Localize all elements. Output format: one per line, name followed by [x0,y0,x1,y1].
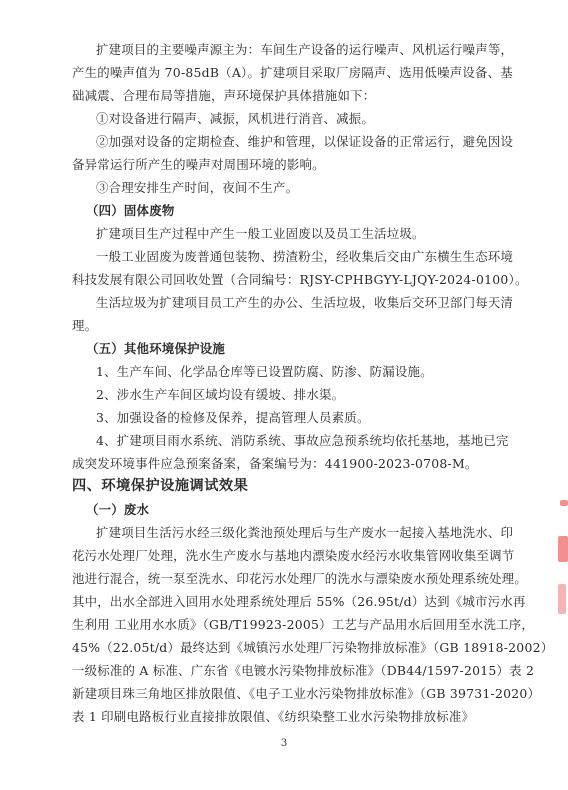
subsection-heading: （一）废水 [86,502,438,518]
paragraph-line: 产生的噪声值为 70-85dB（A）。扩建项目采取厂房隔声、选用低噪声设备、基 [72,65,424,81]
partial-red-seal-stamp [558,500,568,620]
paragraph-line: 花污水处理厂处理，洗水生产废水与基地内漂染废水经污水收集管网收集至调节 [72,548,424,564]
paragraph-line: 一级标准的 A 标准、广东省《电镀水污染物排放标准》（DB44/1597-201… [72,663,424,679]
paragraph-line: 2、涉水生产车间区域均设有缓坡、排水渠。 [96,387,448,403]
paragraph-line: 生利用 工业用水水质》（GB/T19923-2005）工艺与产品用水后回用至水洗… [72,617,424,633]
paragraph-line: 础减震、合理布局等措施，声环境保护具体措施如下： [72,88,424,104]
paragraph-line: 4、扩建项目雨水系统、消防系统、事故应急预系统均依托基地，基地已完 [96,433,448,449]
paragraph-line: 科技发展有限公司回收处置（合同编号：RJSY-CPHBGYY-LJQY-2024… [72,272,424,288]
section-heading: 四、环境保护设施调试效果 [72,478,424,494]
paragraph-line: 表 1 印刷电路板行业直接排放限值、《纺织染整工业水污染物排放标准》 [72,709,424,725]
paragraph-line: 新建项目珠三角地区排放限值、《电子工业水污染物排放标准》（GB 39731-20… [72,686,424,702]
paragraph-line: 理。 [72,318,424,334]
subsection-heading: （四）固体废物 [86,203,438,219]
paragraph-line: 45%（22.05t/d）最终达到《城镇污水处理厂污染物排放标准》（GB 189… [72,640,424,656]
paragraph-line: 其中，出水全部进入回用水处理系统处理后 55%（26.95t/d）达到《城市污水… [72,594,424,610]
subsection-heading: （五）其他环境保护设施 [86,341,438,357]
paragraph-line: 扩建项目的主要噪声源主为：车间生产设备的运行噪声、风机运行噪声等， [96,42,448,58]
paragraph-line: ③合理安排生产时间，夜间不生产。 [96,180,448,196]
paragraph-line: 成突发环境事件应急预案备案，备案编号为：441900-2023-0708-M。 [72,456,424,472]
page-number: 3 [0,738,568,749]
paragraph-line: 扩建项目生产过程中产生一般工业固废以及员工生活垃圾。 [96,226,448,242]
paragraph-line: 1、生产车间、化学品仓库等已设置防腐、防渗、防漏设施。 [96,364,448,380]
paragraph-line: 3、加强设备的检修及保养，提高管理人员素质。 [96,410,448,426]
paragraph-line: 池进行混合，统一泵至洗水、印花污水处理厂的洗水与漂染废水预处理系统处理。 [72,571,424,587]
paragraph-line: 备异常运行所产生的噪声对周围环境的影响。 [72,157,424,173]
paragraph-line: 一般工业固废为废普通包装物、捞渣粉尘，经收集后交由广东横生生态环境 [96,249,448,265]
document-page: 扩建项目的主要噪声源主为：车间生产设备的运行噪声、风机运行噪声等，产生的噪声值为… [0,0,568,790]
paragraph-line: ①对设备进行隔声、减振，风机进行消音、减振。 [96,111,448,127]
paragraph-line: 扩建项目生活污水经三级化粪池预处理后与生产废水一起接入基地洗水、印 [96,525,448,541]
paragraph-line: 生活垃圾为扩建项目员工产生的办公、生活垃圾，收集后交环卫部门每天清 [96,295,448,311]
paragraph-line: ②加强对设备的定期检查、维护和管理，以保证设备的正常运行，避免因设 [96,134,448,150]
